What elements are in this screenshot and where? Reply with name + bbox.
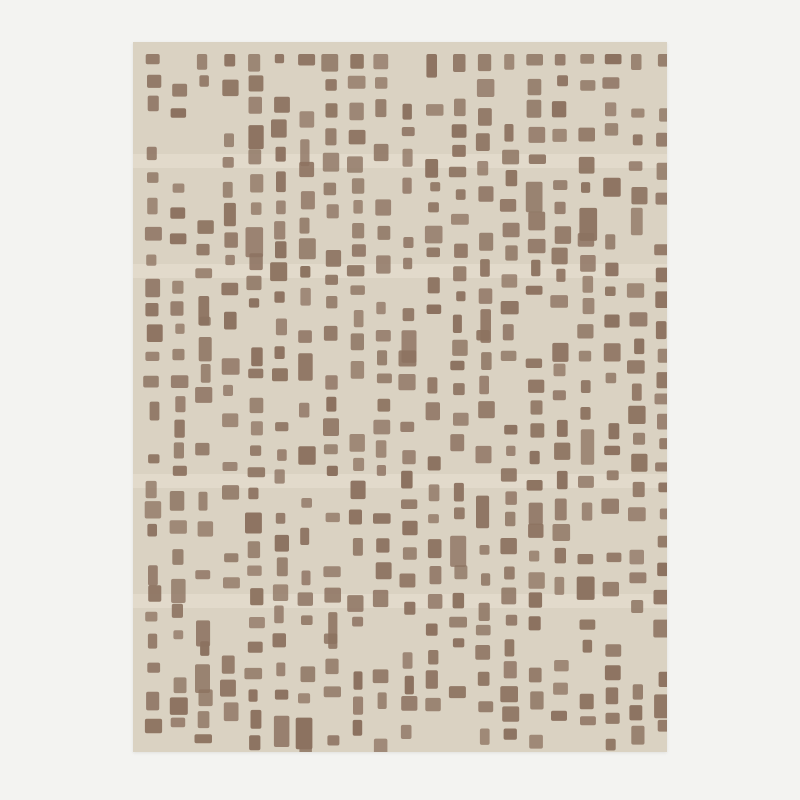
rug-dot <box>324 444 338 454</box>
rug-dot <box>629 705 642 720</box>
rug-dot <box>478 186 493 202</box>
rug-dot <box>402 127 415 136</box>
rug-dot <box>402 178 411 194</box>
rug-dot <box>627 283 644 298</box>
rug-dot <box>273 633 287 647</box>
rug-dot <box>145 227 162 241</box>
rug-dot <box>426 402 440 420</box>
rug-dot <box>655 394 668 405</box>
rug-dot <box>173 630 183 639</box>
rug-dot <box>146 481 157 498</box>
rug-dot <box>634 339 644 355</box>
rug-dot <box>251 202 262 215</box>
rug-dot <box>604 315 619 328</box>
rug-dot <box>578 476 594 488</box>
rug-dot <box>478 401 495 418</box>
rug-dot <box>351 481 366 500</box>
rug-dot <box>376 255 391 273</box>
rug-dot <box>403 258 412 270</box>
rug-dot <box>552 248 568 265</box>
rug-dot <box>505 491 517 505</box>
rug-dot <box>579 157 595 174</box>
rug-dot <box>326 250 341 267</box>
rug-dot <box>299 162 314 177</box>
rug-dot <box>374 739 388 752</box>
rug-dot <box>552 343 568 362</box>
rug-dot <box>552 101 566 117</box>
rug-dot <box>606 373 617 383</box>
rug-dot <box>551 711 567 721</box>
rug-dot <box>658 536 667 548</box>
rug-dot <box>528 239 546 253</box>
rug-dot <box>478 108 492 126</box>
rug-dot <box>429 484 440 501</box>
rug-dot <box>275 422 288 431</box>
rug-dot <box>224 702 239 721</box>
rug-dot <box>249 253 262 270</box>
rug-dot <box>300 528 309 545</box>
rug-dot <box>174 677 187 693</box>
rug-dot <box>506 615 517 626</box>
rug-dot <box>554 443 570 460</box>
rug-dot <box>147 663 160 673</box>
rug-dot <box>324 634 337 644</box>
rug-dot <box>347 156 363 172</box>
rug-dot <box>375 199 391 215</box>
rug-dot <box>478 701 493 712</box>
rug-dot <box>224 232 238 247</box>
rug-dot <box>302 571 311 586</box>
rug-dot <box>529 503 543 525</box>
rug-dot <box>195 268 212 278</box>
rug-dot <box>275 535 289 552</box>
rug-dot <box>352 223 364 238</box>
rug-dot <box>146 255 156 266</box>
rug-dot <box>501 468 517 481</box>
rug-dot <box>452 340 468 356</box>
rug-dot <box>301 666 316 682</box>
rug-dot <box>605 263 618 277</box>
rug-dot <box>605 54 622 64</box>
rug-dot <box>201 364 211 383</box>
rug-dot <box>632 384 642 401</box>
rug-dot <box>145 719 162 734</box>
rug-dot <box>659 672 667 687</box>
rug-dot <box>529 154 546 164</box>
rug-dot <box>350 434 365 452</box>
rug-dot <box>449 617 467 628</box>
rug-dot <box>251 421 263 435</box>
rug-dot <box>146 692 159 711</box>
rug-dot <box>354 671 363 689</box>
rug-dot <box>529 668 542 683</box>
rug-dot <box>481 573 490 586</box>
rug-dot <box>301 615 313 625</box>
rug-dot <box>248 642 263 653</box>
rug-dot <box>430 182 440 191</box>
rug-dot <box>425 159 438 178</box>
rug-dot <box>373 590 388 607</box>
rug-dot <box>427 305 442 315</box>
rug-dot <box>403 237 413 248</box>
rug-dot <box>198 711 210 728</box>
rug-dot <box>398 374 415 390</box>
rug-dot <box>405 676 414 695</box>
rug-dot <box>248 369 263 379</box>
rug-dot <box>298 54 315 66</box>
rug-dot <box>352 244 366 256</box>
rug-dot <box>657 414 667 430</box>
rug-dot <box>220 680 236 697</box>
rug-dot <box>249 689 258 701</box>
rug-dot <box>195 734 213 743</box>
rug-dot <box>249 735 260 750</box>
rug-dot <box>199 689 213 706</box>
rug-dot <box>249 97 263 114</box>
rug-dot <box>606 713 620 724</box>
rug-dot <box>298 693 310 703</box>
rug-dot <box>609 423 620 439</box>
rug-dot <box>247 566 262 576</box>
rug-dot <box>378 692 387 709</box>
rug-dot <box>145 279 160 298</box>
rug-dot <box>556 269 565 282</box>
rug-dot <box>271 119 287 137</box>
rug-dot <box>504 661 517 678</box>
rug-dot <box>145 303 158 316</box>
rug-dot <box>147 324 163 342</box>
rug-dot <box>476 446 492 463</box>
rug-dot <box>171 108 187 118</box>
rug-dot <box>506 446 515 456</box>
rug-dot <box>526 359 542 369</box>
rug-dot <box>274 291 284 302</box>
rug-dot <box>377 374 392 384</box>
rug-dot <box>633 134 643 145</box>
rug-dot <box>327 466 338 476</box>
rug-dot <box>479 603 490 621</box>
rug-dot <box>224 553 238 562</box>
rug-dot <box>352 178 364 194</box>
rug-dot <box>170 697 188 715</box>
rug-dot <box>353 720 363 736</box>
rug-dot <box>479 376 489 395</box>
rug-dot <box>555 202 566 214</box>
rug-dot <box>375 99 386 117</box>
rug-dot <box>275 241 287 258</box>
rug-dot <box>275 690 288 700</box>
rug-dot <box>325 375 337 389</box>
rug-dot <box>581 429 594 465</box>
rug-dot <box>225 255 235 265</box>
rug-dot <box>501 351 517 361</box>
rug-dot <box>248 125 263 149</box>
rug-dot <box>402 450 415 464</box>
rug-dot <box>450 536 466 567</box>
rug-dot <box>506 170 518 186</box>
rug-dot <box>602 77 619 89</box>
rug-dot <box>326 296 337 308</box>
rug-dot <box>353 538 363 556</box>
rug-dot <box>325 79 336 91</box>
rug-dot <box>428 277 440 293</box>
rug-dot <box>629 572 646 583</box>
rug-dot <box>373 669 389 683</box>
rug-dot <box>349 510 362 525</box>
rug-dot <box>528 380 544 393</box>
rug-dot <box>170 233 187 244</box>
rug-dot <box>148 634 157 649</box>
rug-dot <box>401 696 417 711</box>
rug-dot <box>145 501 162 518</box>
rug-dot <box>299 741 312 752</box>
rug-dot <box>633 684 643 699</box>
rug-dot <box>453 266 466 281</box>
rug-dot <box>373 420 390 435</box>
rug-dot <box>528 212 545 231</box>
rug-dot <box>601 499 619 514</box>
rug-dot <box>276 513 286 524</box>
rug-dot <box>604 446 620 455</box>
rug-dot <box>501 301 519 314</box>
rug-dot <box>170 520 187 534</box>
rug-dot <box>479 288 493 304</box>
rug-dot <box>354 310 364 327</box>
rug-dot <box>480 729 490 745</box>
rug-dot <box>553 524 571 541</box>
rug-dot <box>146 54 160 64</box>
rug <box>133 42 667 752</box>
rug-dot <box>147 198 157 215</box>
rug-dot <box>222 485 239 500</box>
rug-dot <box>301 191 315 209</box>
rug-dot <box>145 352 159 361</box>
rug-dot <box>582 503 593 521</box>
rug-dot <box>577 324 593 338</box>
rug-dot <box>222 413 238 427</box>
rug-dot <box>605 665 621 680</box>
rug-dot <box>148 585 161 601</box>
rug-dot <box>656 133 667 147</box>
rug-dot <box>223 385 233 396</box>
rug-dot <box>555 548 566 564</box>
rug-dot <box>275 54 284 63</box>
rug-dot <box>526 182 543 212</box>
rug-dot <box>376 562 392 579</box>
rug-dot <box>170 301 183 316</box>
rug-dot <box>377 350 387 365</box>
rug-dot <box>627 360 645 373</box>
rug-dot <box>400 422 414 432</box>
rug-dot <box>197 220 213 234</box>
rug-dot <box>480 259 490 277</box>
rug-dot <box>148 454 159 463</box>
rug-dot <box>553 180 567 190</box>
rug-dot <box>351 361 364 379</box>
rug-dot <box>150 402 160 421</box>
rug-dot <box>143 376 159 388</box>
rug-dot <box>606 739 616 751</box>
rug-dot <box>347 265 365 276</box>
rug-dot <box>628 507 646 521</box>
rug-dot <box>527 100 542 118</box>
rug-dot <box>403 104 412 120</box>
rug-dot <box>172 604 183 618</box>
rug-dot <box>298 353 313 381</box>
rug-dot <box>347 595 363 612</box>
rug-dot <box>246 227 264 257</box>
rug-dot <box>375 77 387 89</box>
rug-dot <box>351 333 364 350</box>
rug-dot <box>277 557 288 576</box>
rug-dot <box>425 226 443 244</box>
rug-dot <box>477 161 488 176</box>
rug-dot <box>349 103 363 121</box>
rug-dot <box>321 54 338 72</box>
rug-dot <box>426 104 444 116</box>
rug-dot <box>276 201 286 215</box>
rug-dot <box>660 509 667 520</box>
rug-dot <box>325 128 336 145</box>
rug-dot <box>580 80 595 91</box>
rug-dot <box>272 368 288 381</box>
rug-dot <box>349 130 366 145</box>
rug-dot <box>173 466 187 476</box>
rug-dot <box>504 425 517 435</box>
rug-dot <box>504 124 513 142</box>
rug-dot <box>480 545 490 555</box>
rug-dot <box>631 109 644 118</box>
rug-dot <box>199 337 212 361</box>
rug-dot <box>426 54 437 78</box>
rug-dot <box>654 244 667 255</box>
rug-dot <box>526 54 543 66</box>
rug-dot <box>454 99 466 117</box>
rug-dot <box>449 167 466 177</box>
rug-dot <box>578 128 595 142</box>
rug-dot <box>428 456 441 470</box>
rug-dot <box>401 725 412 739</box>
rug-dot <box>453 413 469 426</box>
rug-dot <box>248 54 260 72</box>
rug-dot <box>248 149 261 164</box>
rug-dot <box>531 400 543 414</box>
rug-dot <box>426 670 438 689</box>
rug-dot <box>580 620 596 630</box>
rug-dot <box>530 691 543 709</box>
rug-dot <box>250 398 264 413</box>
rug-dot <box>581 380 591 393</box>
rug-dot <box>170 207 185 218</box>
rug-dot <box>580 54 594 64</box>
rug-dot <box>603 178 621 197</box>
rug-dot <box>172 84 187 97</box>
rug-dot <box>276 663 285 677</box>
rug-dot <box>324 326 338 341</box>
rug-dot <box>270 262 287 281</box>
rug-dot <box>350 285 365 295</box>
rug-dot <box>148 565 158 585</box>
rug-dot <box>223 157 234 168</box>
rug-dot <box>583 276 594 293</box>
rug-dot <box>631 454 647 472</box>
rug-dot <box>505 639 515 656</box>
rug-dot <box>376 538 389 552</box>
rug-dot <box>502 706 519 721</box>
rug-dot <box>223 577 240 588</box>
rug-dot <box>583 298 595 314</box>
rug-dot <box>505 512 515 527</box>
rug-dot <box>454 483 464 502</box>
rug-dot <box>502 274 518 287</box>
rug-dot <box>248 488 258 500</box>
rug-dot <box>658 720 667 732</box>
rug-dot <box>324 686 341 697</box>
rug-dot <box>527 480 543 491</box>
rug-dot <box>326 397 336 412</box>
rug-dot <box>222 358 240 374</box>
rug-dot <box>633 433 645 445</box>
rug-dot <box>174 420 184 438</box>
rug-dot <box>145 612 157 622</box>
rug-dot <box>500 199 516 212</box>
rug-dot <box>476 496 489 529</box>
rug-dot <box>655 462 667 471</box>
rug-dot <box>631 187 647 204</box>
rug-dot <box>224 133 234 147</box>
rug-dot <box>353 200 362 214</box>
rug-dot <box>245 513 262 534</box>
rug-dot <box>376 330 391 342</box>
rug-dot <box>451 214 469 225</box>
rug-dot <box>401 471 413 489</box>
rug-dot <box>605 102 616 116</box>
rug-dot <box>224 54 235 67</box>
rug-dot <box>427 248 441 258</box>
rug-dot <box>605 644 621 656</box>
rug-dot <box>373 54 388 69</box>
rug-dot <box>630 550 645 565</box>
rug-dot <box>578 233 595 247</box>
rug-dot <box>449 686 466 698</box>
rug-dot <box>605 287 616 297</box>
rug-dot <box>373 513 391 524</box>
rug-dot <box>147 172 159 183</box>
rug-dot <box>323 418 339 436</box>
rug-dot <box>327 735 339 745</box>
rug-dot <box>327 204 339 218</box>
rug-dot <box>198 521 214 536</box>
rug-dot <box>633 482 645 497</box>
rug-dot <box>298 330 312 343</box>
rug-dot <box>430 566 442 584</box>
rug-dot <box>529 127 546 143</box>
rug-dot <box>196 244 209 256</box>
rug-dot <box>475 645 490 660</box>
rug-dot <box>552 129 566 142</box>
rug-dot <box>427 377 437 393</box>
rug-dot <box>453 315 462 333</box>
rug-dot <box>428 650 438 665</box>
rug-dot <box>250 588 263 605</box>
rug-dot <box>221 283 238 296</box>
rug-dot <box>528 524 543 538</box>
rug-dot <box>300 111 315 127</box>
rug-dot <box>476 330 490 341</box>
rug-dot <box>172 281 183 294</box>
rug-dot <box>401 499 417 509</box>
rug-dot <box>481 352 492 370</box>
